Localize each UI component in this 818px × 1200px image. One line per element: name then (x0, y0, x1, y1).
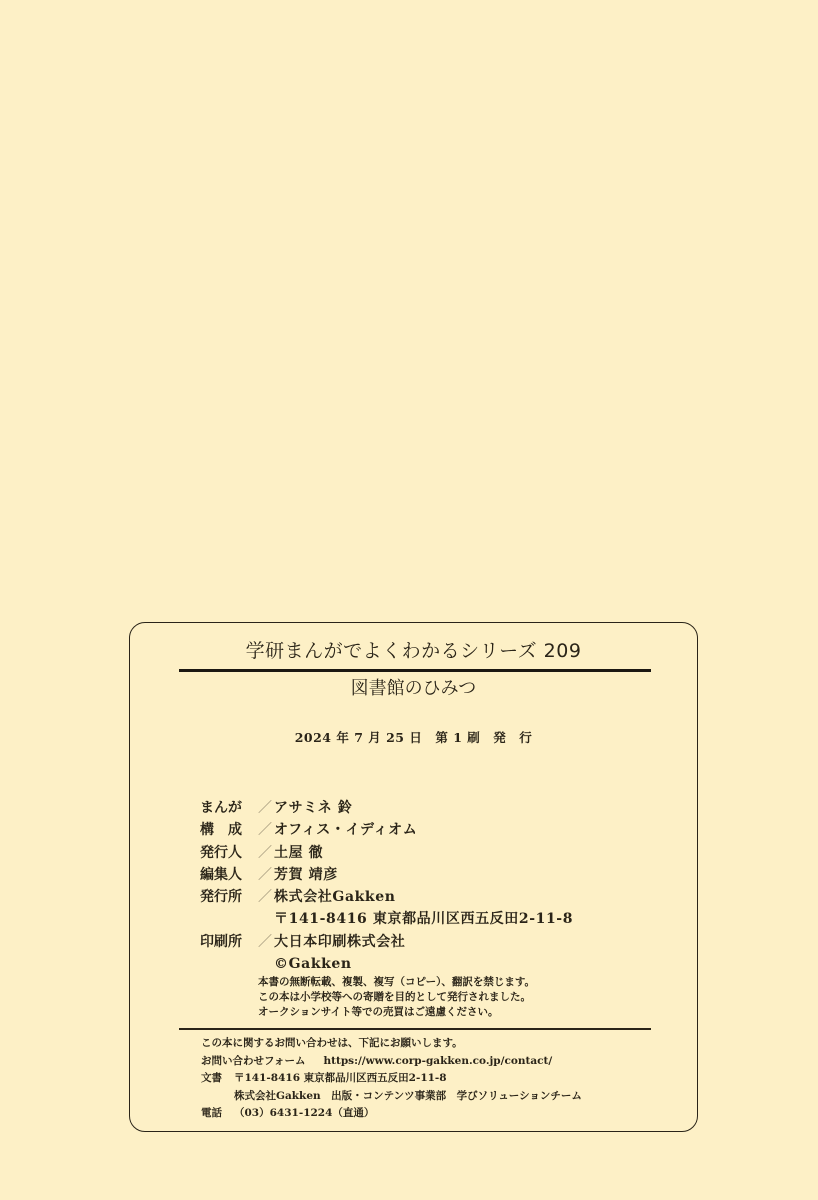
inquiry-intro: この本に関するお問い合わせは、下記にお願いします。 (201, 1035, 582, 1053)
inquiry-mail-row: 文書〒141-8416 東京都品川区西五反田2-11-8 (201, 1070, 582, 1088)
credit-separator: ／ (256, 886, 274, 908)
credit-value: 芳賀 靖彦 (274, 864, 338, 886)
notice-line: オークションサイト等での売買はご遠慮ください。 (258, 1005, 535, 1020)
copyright: ©Gakken (274, 953, 352, 975)
credit-row-composition: 構 成 ／ オフィス・イディオム (200, 819, 573, 841)
form-label: お問い合わせフォーム (201, 1055, 305, 1067)
credit-role: まんが (200, 797, 256, 819)
publication-date: 2024 年 7 月 25 日 第 1 刷 発 行 (130, 729, 697, 747)
credit-role: 発行所 (200, 886, 256, 908)
credit-separator: ／ (256, 842, 274, 864)
credit-separator: ／ (256, 819, 274, 841)
notice-line: この本は小学校等への寄贈を目的として発行されました。 (258, 990, 535, 1005)
credit-separator: ／ (256, 864, 274, 886)
credit-role: 印刷所 (200, 931, 256, 953)
inquiry-divider (179, 1028, 651, 1030)
credit-row-copyright: ©Gakken (200, 953, 573, 975)
mail-department: 株式会社Gakken 出版・コンテンツ事業部 学びソリューションチーム (234, 1090, 582, 1102)
credit-row-publisher-address: 〒141-8416 東京都品川区西五反田2-11-8 (200, 908, 573, 930)
indent (200, 953, 274, 975)
phone-number: （03）6431-1224（直通） (234, 1107, 374, 1119)
mail-address: 〒141-8416 東京都品川区西五反田2-11-8 (234, 1072, 447, 1084)
credit-role: 編集人 (200, 864, 256, 886)
series-title: 学研まんがでよくわかるシリーズ 209 (130, 639, 697, 663)
mail-label: 文書 (201, 1070, 234, 1088)
credit-role: 発行人 (200, 842, 256, 864)
publisher-address: 〒141-8416 東京都品川区西五反田2-11-8 (274, 908, 573, 930)
credit-value: オフィス・イディオム (274, 819, 417, 841)
credit-value: 大日本印刷株式会社 (274, 931, 405, 953)
credit-row-publishing-house: 発行所 ／ 株式会社Gakken (200, 886, 573, 908)
credit-row-editor: 編集人 ／ 芳賀 靖彦 (200, 864, 573, 886)
credit-value: 土屋 徹 (274, 842, 323, 864)
credit-row-manga: まんが ／ アサミネ 鈴 (200, 797, 573, 819)
colophon-box: 学研まんがでよくわかるシリーズ 209 図書館のひみつ 2024 年 7 月 2… (129, 622, 698, 1132)
credit-separator: ／ (256, 797, 274, 819)
credit-row-publisher-person: 発行人 ／ 土屋 徹 (200, 842, 573, 864)
credits-list: まんが ／ アサミネ 鈴 構 成 ／ オフィス・イディオム 発行人 ／ 土屋 徹… (200, 797, 573, 975)
inquiry-phone-row: 電話（03）6431-1224（直通） (201, 1105, 582, 1123)
inquiry-section: この本に関するお問い合わせは、下記にお願いします。 お問い合わせフォームhttp… (201, 1035, 582, 1123)
credit-value: アサミネ 鈴 (274, 797, 352, 819)
title-divider (179, 669, 651, 672)
credit-role: 構 成 (200, 819, 256, 841)
phone-label: 電話 (201, 1105, 234, 1123)
notice-line: 本書の無断転載、複製、複写（コピー）、翻訳を禁じます。 (258, 975, 535, 990)
credit-separator: ／ (256, 931, 274, 953)
indent (200, 908, 274, 930)
book-title: 図書館のひみつ (130, 677, 697, 701)
credit-value: 株式会社Gakken (274, 886, 396, 908)
contact-url-link[interactable]: https://www.corp-gakken.co.jp/contact/ (323, 1055, 552, 1067)
inquiry-department-row: 株式会社Gakken 出版・コンテンツ事業部 学びソリューションチーム (201, 1088, 582, 1106)
legal-notice: 本書の無断転載、複製、複写（コピー）、翻訳を禁じます。 この本は小学校等への寄贈… (258, 975, 535, 1020)
inquiry-form-row: お問い合わせフォームhttps://www.corp-gakken.co.jp/… (201, 1053, 582, 1071)
credit-row-printer: 印刷所 ／ 大日本印刷株式会社 (200, 931, 573, 953)
